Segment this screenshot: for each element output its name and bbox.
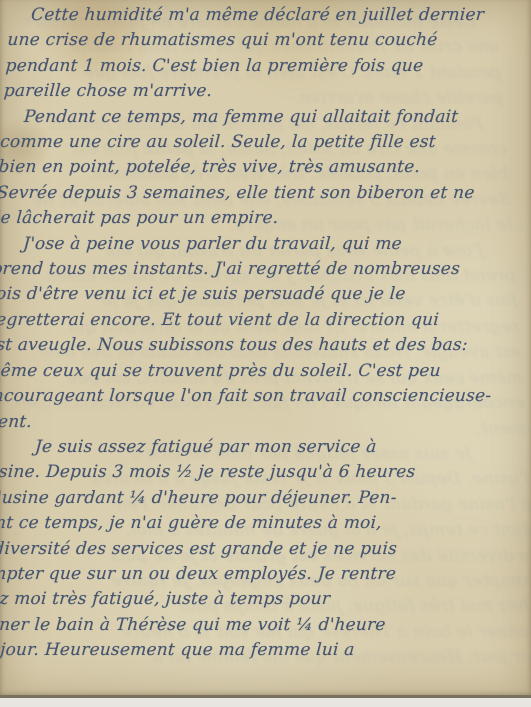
handwritten-line: J'ose à peine vous parler du travail, qu…: [22, 232, 515, 257]
scanner-background: [0, 695, 531, 707]
handwritten-line: une crise de rhumatismes qui m'ont tenu …: [6, 28, 529, 53]
handwritten-line: Pendant ce temps, ma femme qui allaitait…: [23, 105, 524, 130]
handwritten-line: Sevrée depuis 3 semaines, elle tient son…: [0, 181, 519, 206]
handwritten-line: bien en point, potelée, très vive, très …: [0, 155, 520, 180]
handwritten-line: encourageant lorsque l'on fait son trava…: [0, 384, 504, 409]
handwritten-line: comme une cire au soleil. Seule, la peti…: [0, 130, 522, 155]
handwritten-line: même ceux qui se trouvent près du soleil…: [0, 359, 506, 384]
handwritten-line: la diversité des services est grande et …: [0, 537, 494, 562]
handwritten-line: regretterai encore. Et tout vient de la …: [0, 308, 510, 333]
handwritten-line: pareille chose m'arrive.: [3, 79, 526, 104]
handwritten-line: Je suis assez fatigué par mon service à: [34, 435, 501, 460]
handwritten-line: donner le bain à Thérèse qui me voit ¼ d…: [0, 613, 488, 638]
handwritten-line: dant ce temps, je n'ai guère de minutes …: [0, 511, 495, 536]
handwritten-line: Cette humidité m'a même déclaré en juill…: [30, 3, 531, 28]
handwritten-line: le lâcherait pas pour un empire.: [0, 206, 517, 231]
handwritten-line: compter que sur un ou deux employés. Je …: [0, 562, 492, 587]
handwritten-line: par jour. Heureusement que ma femme lui …: [0, 638, 487, 663]
handwritten-line: -ment.: [0, 410, 503, 435]
handwritten-line: l'usine. Depuis 3 mois ½ je reste jusqu'…: [0, 460, 499, 485]
handwritten-line: pendant 1 mois. C'est bien la première f…: [5, 54, 528, 79]
handwritten-line: prend tous mes instants. J'ai regretté d…: [0, 257, 513, 282]
letter-text: Cette humidité m'a même déclaré en juill…: [0, 3, 531, 698]
letter-page: Cette humidité m'a même déclaré en juill…: [0, 0, 531, 707]
handwritten-line: à l'usine gardant ¼ d'heure pour déjeune…: [0, 486, 497, 511]
handwritten-line: fois d'être venu ici et je suis persuadé…: [0, 282, 511, 307]
handwritten-line: est aveugle. Nous subissons tous des hau…: [0, 333, 508, 358]
handwritten-line: chez moi très fatigué, juste à temps pou…: [0, 587, 490, 612]
